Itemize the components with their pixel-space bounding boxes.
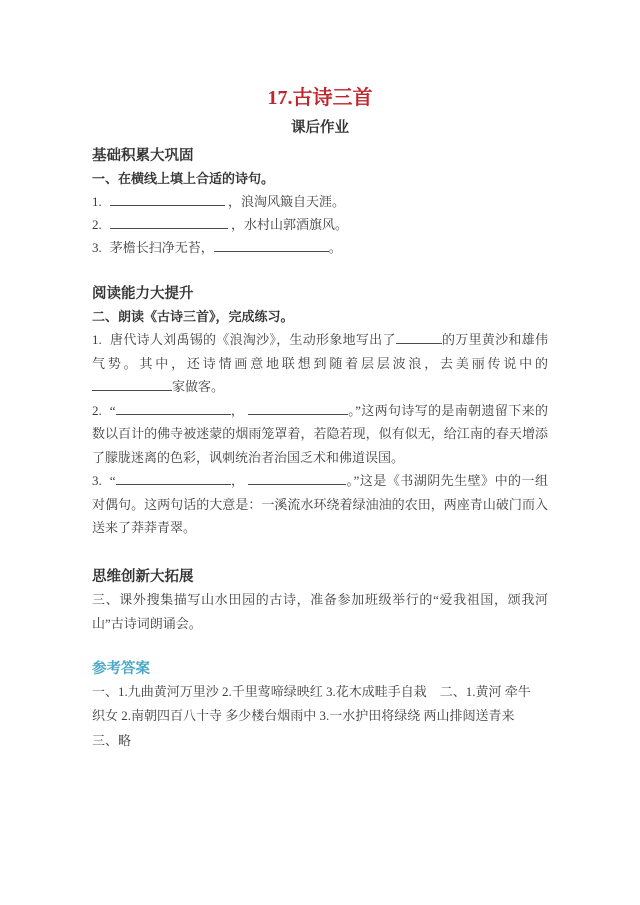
question-text: 家做客。: [172, 379, 224, 394]
answers-heading: 参考答案: [92, 659, 548, 680]
answer-blank: [116, 402, 231, 415]
answer-blank: [248, 402, 348, 415]
close-quote-mark: 。”: [346, 473, 359, 488]
section-expand-heading: 思维创新大拓展: [92, 567, 548, 588]
answers-line-3: 三、略: [92, 729, 548, 754]
item-number: 2.: [92, 217, 102, 232]
item-post-text: ，水村山郭酒旗风。: [231, 217, 348, 232]
item-number: 1.: [92, 194, 102, 209]
worksheet-page: 17.古诗三首 课后作业 基础积累大巩固 一、在横线上填上合适的诗句。 1. ，…: [0, 0, 640, 905]
question-number: 2.: [92, 403, 102, 418]
answer-blank: [110, 193, 225, 206]
question-text: 唐代诗人刘禹锡的《浪淘沙》，生动形象地写出了: [110, 332, 396, 347]
answers-line-2: 织女 2.南朝四百八十寺 多少楼台烟雨中 3.一水护田将绿绕 两山排闼送青来: [92, 704, 548, 729]
item-number: 3.: [92, 240, 102, 255]
section-reading-prompt: 二、朗读《古诗三首》，完成练习。: [92, 305, 548, 328]
fill-in-item-1: 1. ，浪淘风簸自天涯。: [92, 190, 548, 213]
answer-blank: [248, 472, 346, 485]
answer-blank: [110, 216, 228, 229]
answer-blank: [396, 331, 442, 344]
answers-line-1: 一、1.九曲黄河万里沙 2.千里莺啼绿映红 3.花木成畦手自栽 二、1.黄河 牵…: [92, 680, 548, 705]
comma-separator: ，: [231, 473, 245, 488]
question-number: 3.: [92, 473, 102, 488]
answer-blank: [116, 472, 231, 485]
answer-blank: [214, 239, 329, 252]
question-2: 2.“， 。”这两句诗写的是南朝遗留下来的数以百计的佛寺被迷蒙的烟雨笼罩着，若隐…: [92, 399, 548, 470]
item-post-text: 。: [329, 240, 342, 255]
fill-in-item-2: 2. ，水村山郭酒旗风。: [92, 213, 548, 236]
document-title: 17.古诗三首: [92, 86, 548, 111]
close-quote-mark: 。”: [348, 403, 361, 418]
question-3: 3.“， 。”这是《书湖阴先生壁》中的一组对偶句。这两句话的大意是：一溪流水环绕…: [92, 469, 548, 540]
answer-blank: [92, 378, 172, 391]
question-1: 1.唐代诗人刘禹锡的《浪淘沙》，生动形象地写出了的万里黄沙和雄伟气势。其中，还诗…: [92, 328, 548, 399]
section-basics-heading: 基础积累大巩固: [92, 146, 548, 167]
question-number: 1.: [92, 332, 102, 347]
item-post-text: ，浪淘风簸自天涯。: [228, 194, 345, 209]
section-reading-heading: 阅读能力大提升: [92, 284, 548, 305]
item-pre-text: 茅檐长扫净无苔，: [110, 240, 214, 255]
section-expand-prompt: 三、课外搜集描写山水田园的古诗，准备参加班级举行的“爱我祖国，颂我河山”古诗词朗…: [92, 588, 548, 636]
section-basics-prompt: 一、在横线上填上合适的诗句。: [92, 167, 548, 190]
comma-separator: ，: [231, 403, 245, 418]
fill-in-item-3: 3.茅檐长扫净无苔，。: [92, 236, 548, 259]
document-subtitle: 课后作业: [92, 119, 548, 138]
